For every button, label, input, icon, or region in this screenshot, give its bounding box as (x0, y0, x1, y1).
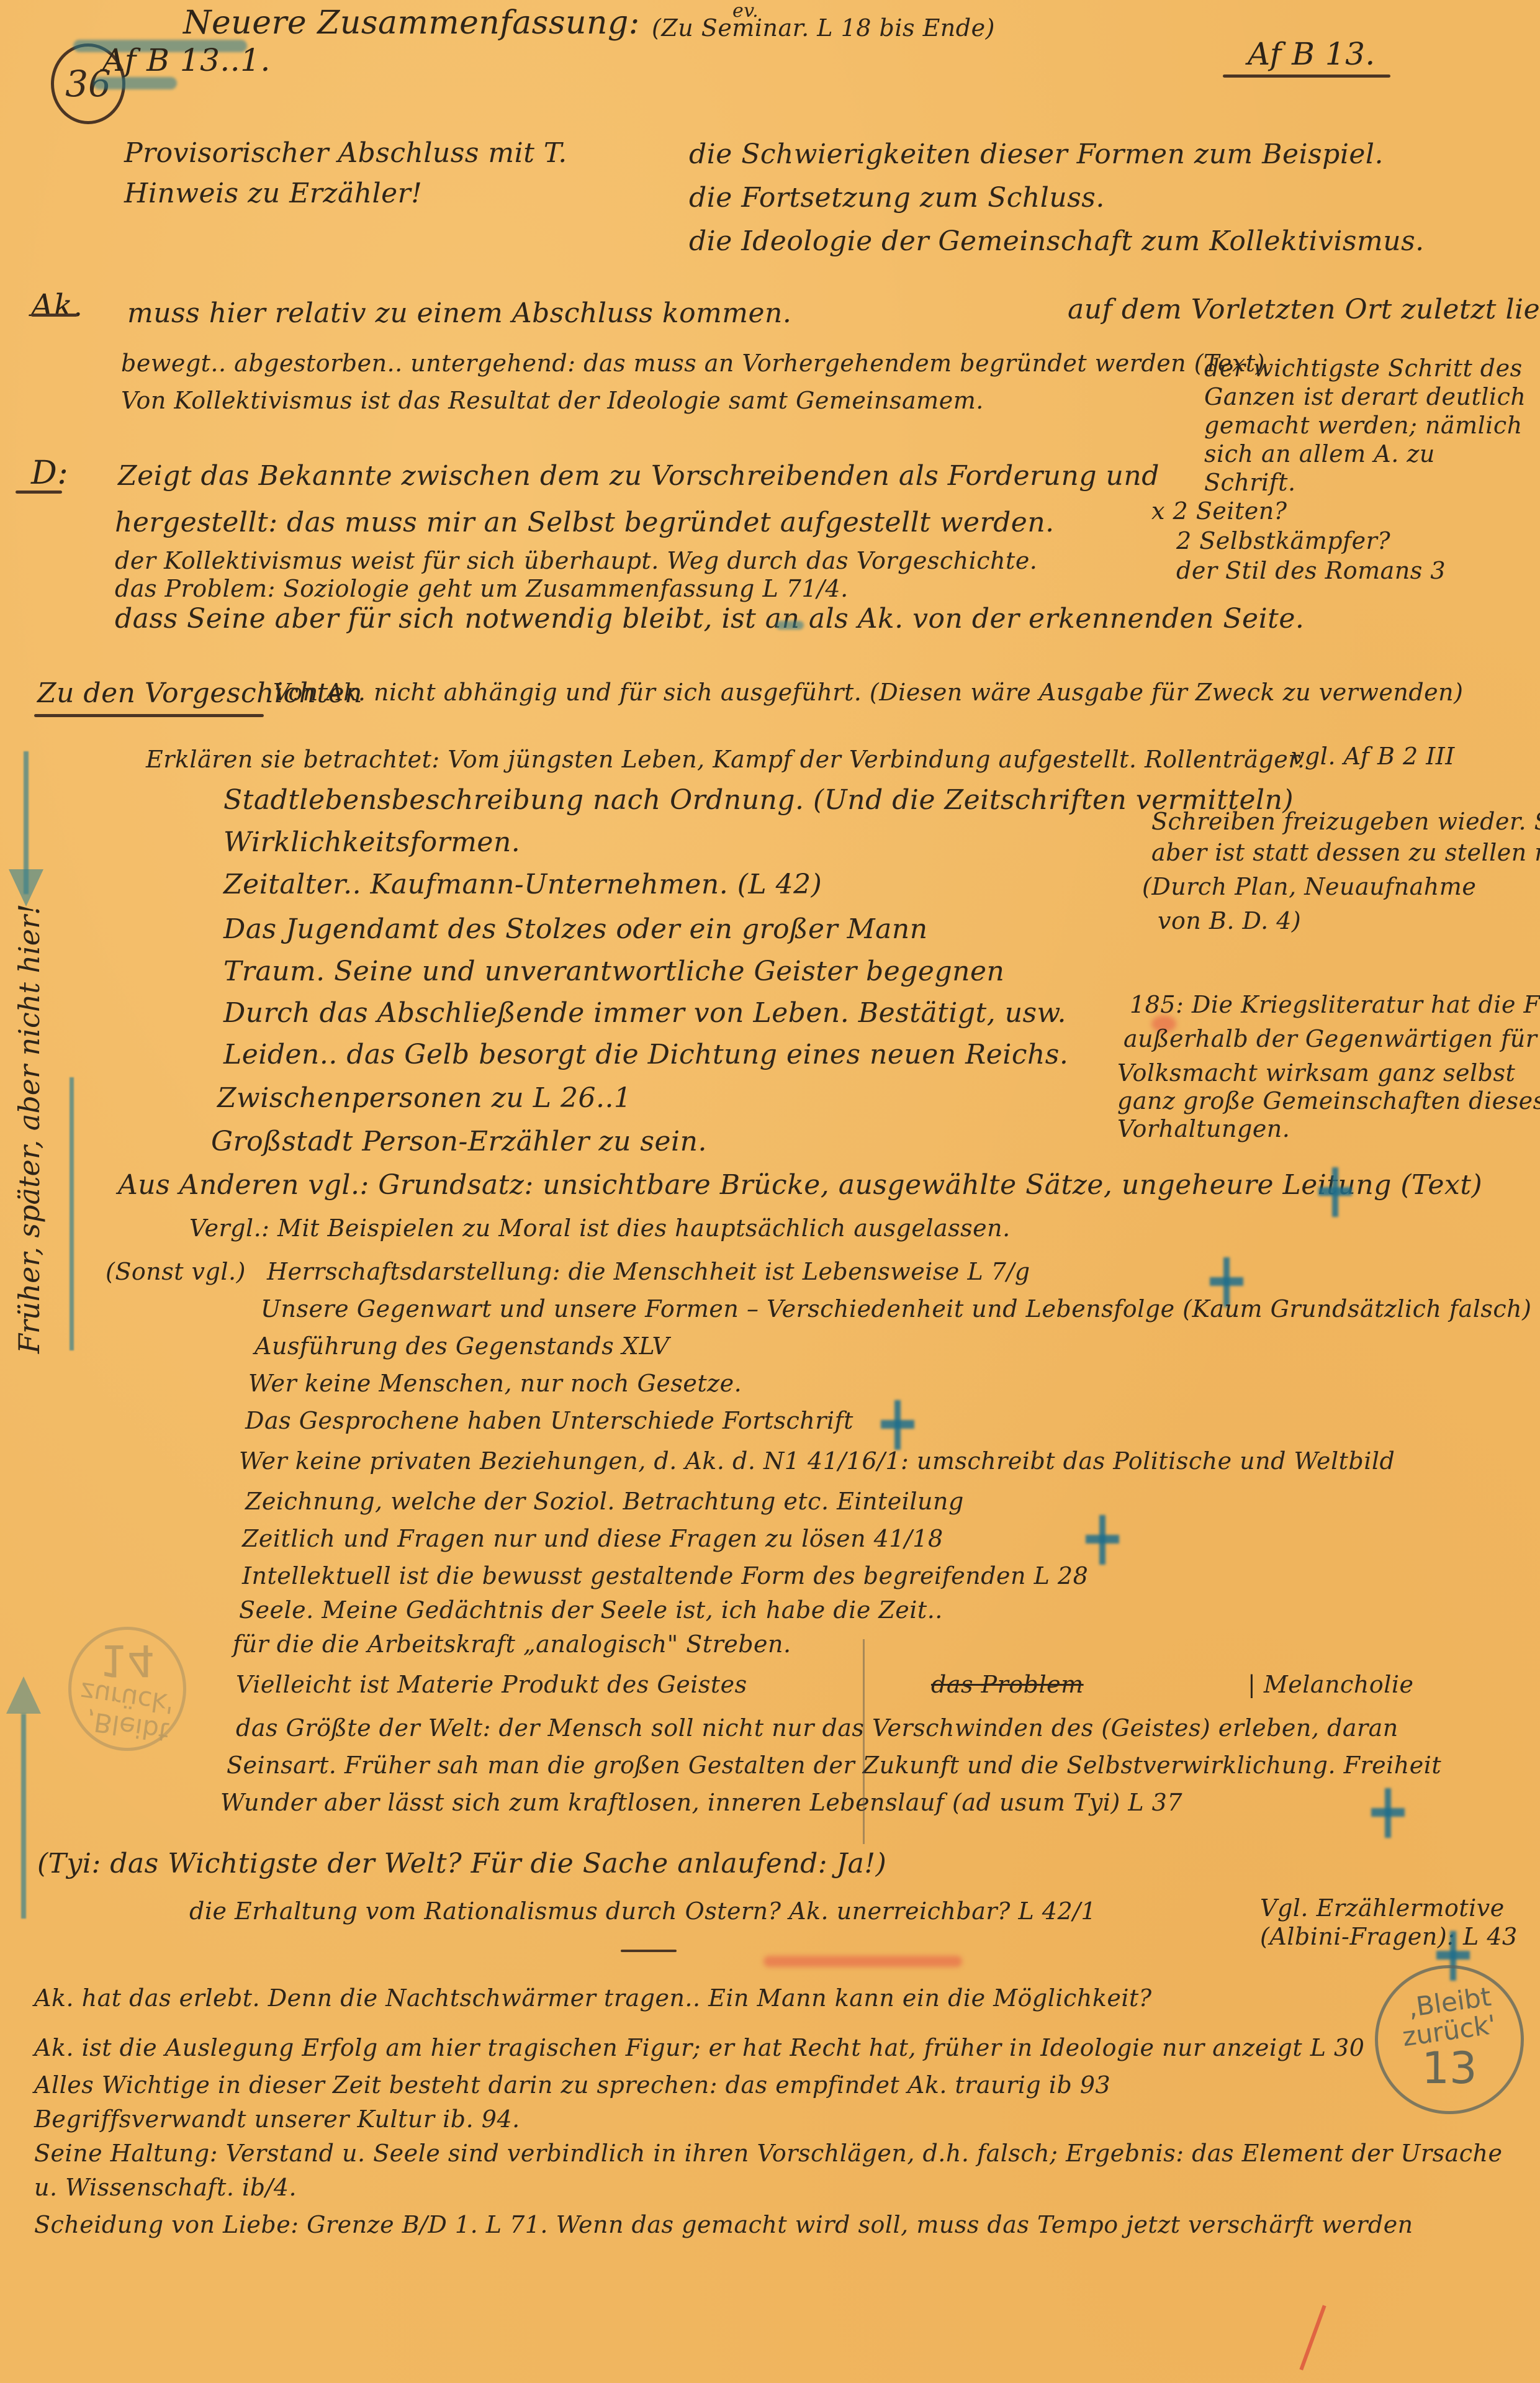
blue-arrow-up-head (6, 1676, 41, 1714)
final-line-4: Begriffsverwandt unserer Kultur ib. 94. (34, 2105, 520, 2133)
intro-right-2: die Fortsetzung zum Schluss. (689, 181, 1105, 215)
vorgeschichte-item-8: Zwischenpersonen zu L 26..1 (217, 1082, 631, 1115)
section-d-line-5: dass Seine aber für sich notwendig bleib… (115, 602, 1304, 636)
section-a-side-note-2: der wichtigste Schritt des Ganzen ist de… (1204, 354, 1527, 497)
stamp-number: 13 (1421, 2045, 1477, 2091)
section-a-line-2: bewegt.. abgestorben.. untergehend: das … (121, 349, 1265, 378)
bleibt-zurueck-stamp: ‚Bleibt zurück' 13 (1375, 1965, 1524, 2114)
intro-left-2: Hinweis zu Erzähler! (124, 177, 422, 210)
ghost-stamp: ‚Bleibt zurück' 14 (68, 1627, 186, 1751)
intro-right-3: die Ideologie der Gemeinschaft zum Kolle… (689, 225, 1425, 258)
vorgeschichte-side-4: von B. D. 4) (1158, 907, 1301, 935)
final-line-1: Ak. hat das erlebt. Denn die Nachtschwär… (34, 1984, 1152, 2012)
red-pencil-stroke (763, 1956, 962, 1967)
section-d-side-3: der Stil des Romans 3 (1176, 556, 1446, 585)
aus-item-14: Seinsart. Früher sah man die großen Gest… (227, 1751, 1441, 1779)
aus-intro: Aus Anderen vgl.: Grundsatz: unsichtbare… (118, 1169, 1482, 1202)
section-d-side-2: 2 Selbstkämpfer? (1176, 527, 1390, 555)
final-line-3: Alles Wichtige in dieser Zeit besteht da… (34, 2071, 1110, 2099)
aus-item-1: Herrschaftsdarstellung: die Menschheit i… (267, 1257, 1030, 1286)
blue-cross-4 (1083, 1515, 1120, 1565)
shelfmark: Af B 13. (1248, 37, 1376, 71)
vorgeschichte-item-4: Das Jugendamt des Stolzes oder ein große… (223, 913, 928, 946)
vorgeschichte-item-7: Leiden.. das Gelb besorgt die Dichtung e… (223, 1038, 1068, 1072)
header-superscript: ev. (732, 0, 759, 22)
vorgeschichte-item-9: Großstadt Person-Erzähler zu sein. (211, 1125, 707, 1159)
margin-vertical-note: Früher, später, aber nicht hier! (12, 904, 46, 1354)
header-parenthetical: (Zu Seminar. L 18 bis Ende) (652, 14, 995, 42)
aus-crossed-word: das Problem (931, 1670, 1084, 1699)
vorgeschichte-ref: vgl. Af B 2 III (1291, 742, 1455, 771)
vorgeschichte-heading-cont: Von Ak. nicht abhängig und für sich ausg… (273, 678, 1463, 707)
vorgeschichte-item-2: Wirklichkeitsformen. (223, 826, 520, 859)
section-d-underline (16, 491, 62, 494)
vorgeschichte-side2-3: Volksmacht wirksam ganz selbst (1117, 1059, 1515, 1087)
header-subtitle: Af B 13..1. (102, 43, 271, 77)
aus-item-10: Seele. Meine Gedächtnis der Seele ist, i… (239, 1596, 943, 1624)
final-line-5: Seine Haltung: Verstand u. Seele sind ve… (34, 2139, 1503, 2168)
blue-cross-1 (1316, 1167, 1353, 1217)
aus-item-15: Wunder aber lässt sich zum kraftlosen, i… (220, 1788, 1182, 1817)
vorgeschichte-item-1: Stadtlebensbeschreibung nach Ordnung. (U… (223, 784, 1294, 817)
red-pencil-slash (1299, 2305, 1326, 2370)
section-a-side-note: auf dem Vorletzten Ort zuletzt liegt. (1068, 293, 1540, 327)
final-line-6: u. Wissenschaft. ib/4. (34, 2173, 297, 2202)
aus-item-12: Vielleicht ist Materie Produkt des Geist… (236, 1670, 747, 1699)
section-a-underline (31, 314, 78, 317)
aus-item-5: Das Gesprochene haben Unterschiede Forts… (245, 1406, 853, 1435)
section-d-marker: D: (31, 456, 68, 490)
aus-item-2: Unsere Gegenwart und unsere Formen – Ver… (261, 1295, 1531, 1323)
blue-underline-2 (93, 77, 177, 89)
vorgeschichte-underline (34, 714, 264, 717)
shelfmark-underline (1223, 75, 1390, 78)
aus-item-8: Zeitlich und Fragen nur und diese Fragen… (242, 1524, 943, 1553)
vorgeschichte-item-5: Traum. Seine und unverantwortliche Geist… (223, 955, 1004, 988)
blue-cross-3 (878, 1400, 916, 1450)
ghost-stamp-number: 14 (99, 1637, 155, 1683)
final-line-2: Ak. ist die Auslegung Erfolg am hier tra… (34, 2033, 1364, 2062)
vorgeschichte-intro: Erklären sie betrachtet: Vom jüngsten Le… (146, 745, 1305, 774)
section-d-line-3: der Kollektivismus weist für sich überha… (115, 546, 1037, 575)
aus-item-11: für die die Arbeitskraft „analogisch" St… (233, 1630, 791, 1658)
vorgeschichte-side-3: (Durch Plan, Neuaufnahme (1142, 872, 1476, 901)
section-a-line-1: muss hier relativ zu einem Abschluss kom… (127, 297, 791, 330)
separator-dash (621, 1950, 677, 1952)
section-a-line-3: Von Kollektivismus ist das Resultat der … (121, 386, 984, 415)
aus-item-13: das Größte der Welt: der Mensch soll nic… (236, 1714, 1398, 1742)
question-side: Vgl. Erzählermotive (Albini-Fragen): L 4… (1260, 1894, 1521, 1951)
aus-side-note: | Melancholie (1248, 1670, 1414, 1699)
blue-margin-line (70, 1077, 74, 1350)
vorgeschichte-side-1: Schreiben freizugeben wieder. Sodann (1151, 807, 1540, 836)
pencil-vertical-line (863, 1639, 865, 1844)
vorgeschichte-item-3: Zeitalter.. Kaufmann-Unternehmen. (L 42) (223, 868, 822, 902)
blue-arrow-down-head (9, 869, 43, 907)
vorgeschichte-side-2: aber ist statt dessen zu stellen möglich (1151, 838, 1540, 867)
final-line-7: Scheidung von Liebe: Grenze B/D 1. L 71.… (34, 2210, 1413, 2239)
aus-item-4: Wer keine Menschen, nur noch Gesetze. (248, 1369, 742, 1398)
blue-mark-d (776, 621, 804, 630)
section-d-side-1: x 2 Seiten? (1151, 497, 1287, 525)
vorgeschichte-side2-1: 185: Die Kriegsliteratur hat die Frage (1130, 990, 1540, 1019)
intro-left-1: Provisorischer Abschluss mit T. (124, 137, 567, 170)
question-line-1: (Tyi: das Wichtigste der Welt? Für die S… (37, 1847, 886, 1881)
aus-sub: Vergl.: Mit Beispielen zu Moral ist dies… (189, 1214, 1011, 1242)
blue-cross-5 (1369, 1788, 1406, 1838)
vorgeschichte-item-6: Durch das Abschließende immer von Leben.… (223, 997, 1066, 1030)
aus-item-9: Intellektuell ist die bewusst gestaltend… (242, 1562, 1088, 1590)
intro-right-1: die Schwierigkeiten dieser Formen zum Be… (689, 138, 1384, 171)
aus-bracket-label: (Sonst vgl.) (106, 1257, 246, 1286)
aus-item-7: Zeichnung, welche der Soziol. Betrachtun… (245, 1487, 964, 1516)
vorgeschichte-side2-2: außerhalb der Gegenwärtigen für die (1123, 1024, 1540, 1053)
blue-arrow-up-shaft (21, 1714, 26, 1919)
section-d-line-4: das Problem: Soziologie geht um Zusammen… (115, 574, 849, 603)
section-a-marker: Ak. (31, 289, 83, 322)
aus-item-6: Wer keine privaten Beziehungen, d. Ak. d… (239, 1447, 1395, 1475)
question-line-2: die Erhaltung vom Rationalismus durch Os… (189, 1897, 1096, 1925)
section-d-line-2: hergestellt: das muss mir an Selbst begr… (115, 506, 1055, 540)
header-title: Neuere Zusammenfassung: (183, 6, 640, 40)
section-d-line-1: Zeigt das Bekannte zwischen dem zu Vorsc… (118, 459, 1160, 493)
vorgeschichte-side2-5: Vorhaltungen. (1117, 1115, 1290, 1143)
aus-item-3: Ausführung des Gegenstands XLV (254, 1332, 670, 1360)
vorgeschichte-side2-4: ganz große Gemeinschaften dieses (1117, 1087, 1540, 1115)
